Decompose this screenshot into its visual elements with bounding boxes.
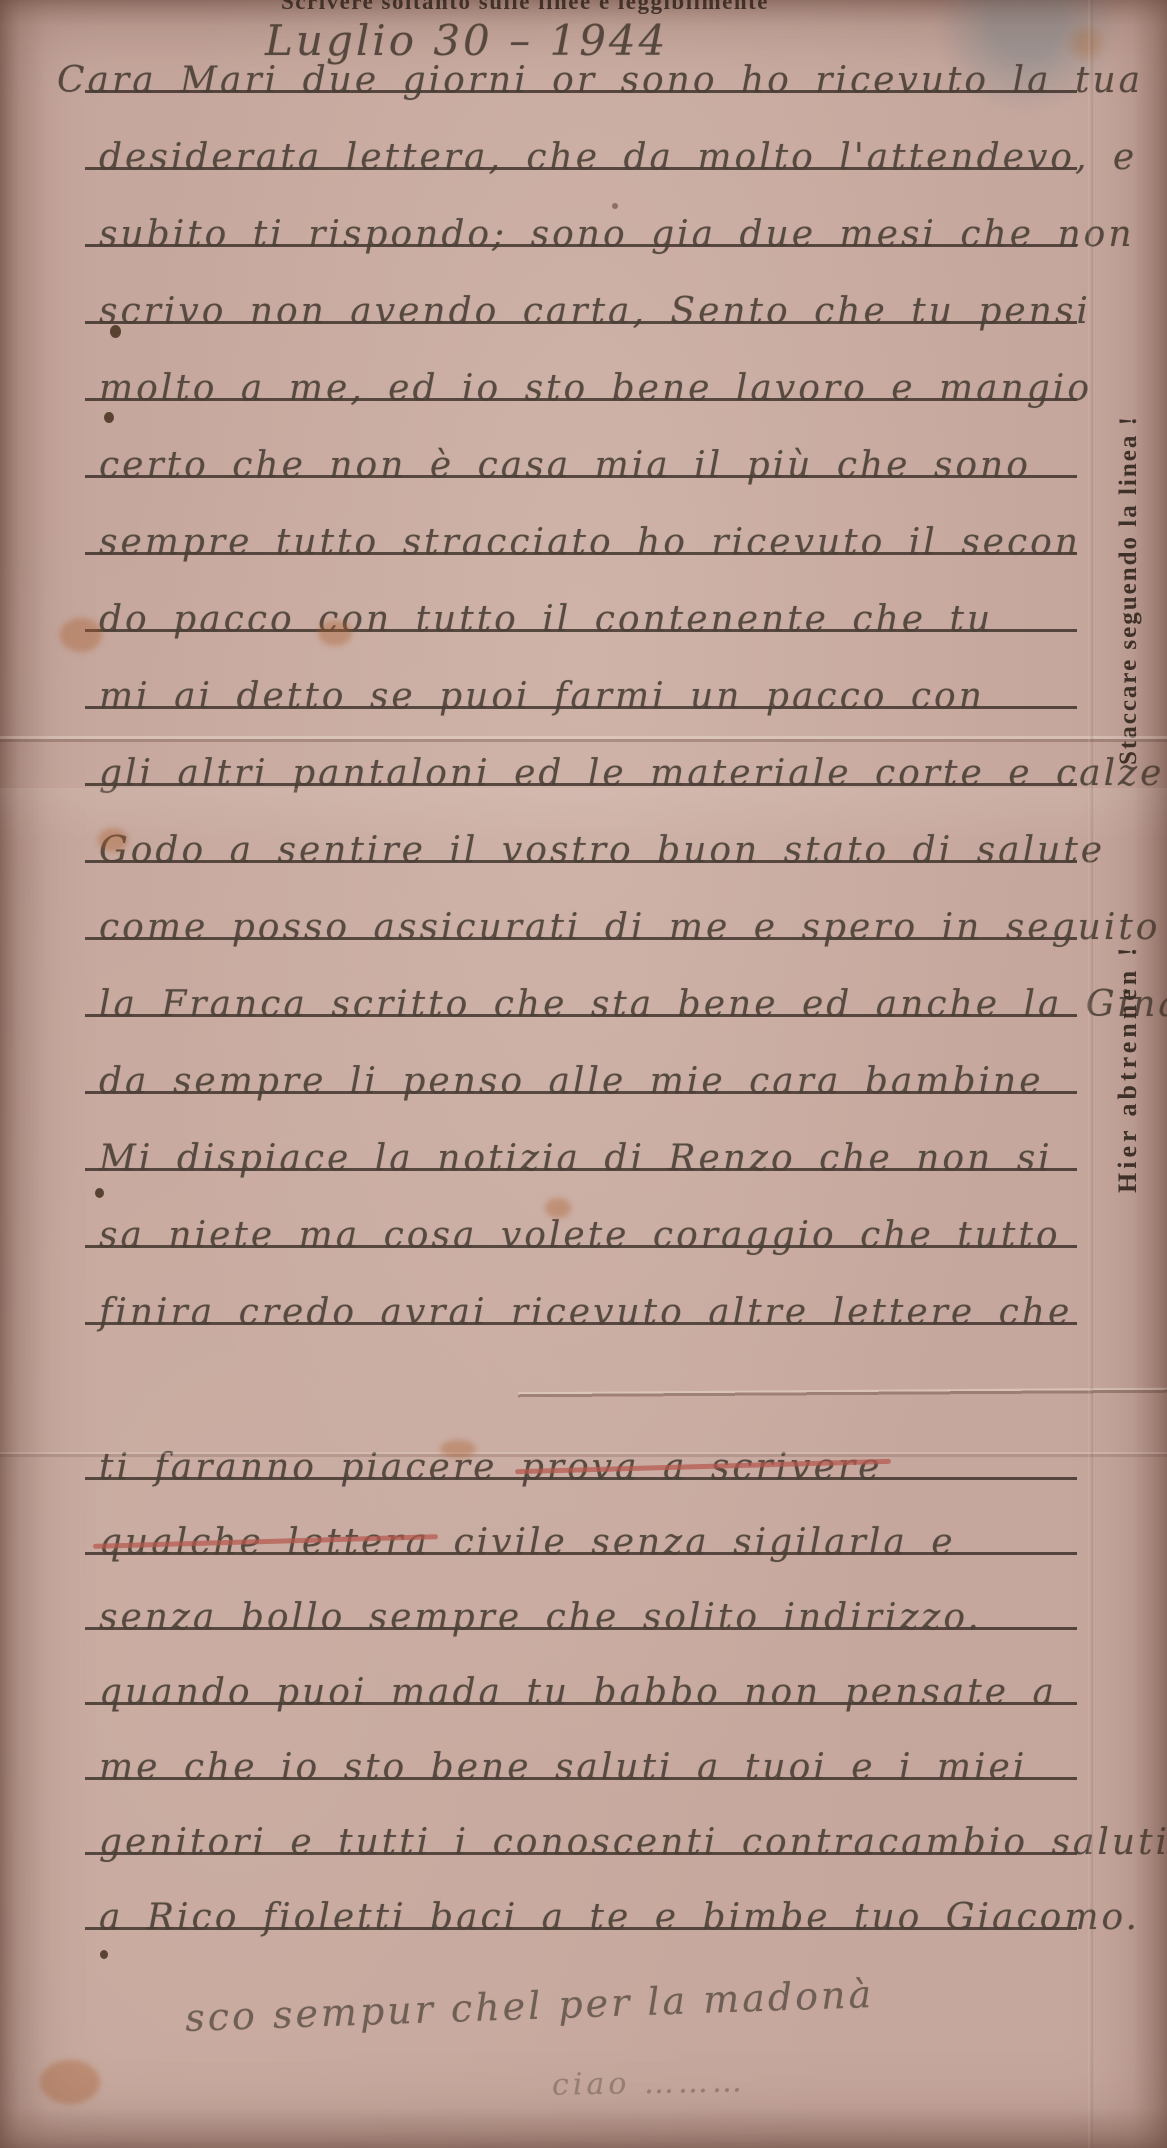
letter-line: molto a me, ed io sto bene lavoro e mang…	[85, 325, 1077, 401]
letter-line: ti faranno piacere prova a scrivere	[85, 1404, 1077, 1480]
letter-line: qualche lettera civile senza sigilarla e	[85, 1479, 1077, 1555]
letter-line: desiderata lettera, che da molto l'atten…	[85, 94, 1077, 170]
letter-line: mi ai detto se puoi farmi un pacco con	[85, 633, 1077, 709]
letter-line: sempre tutto stracciato ho ricevuto il s…	[85, 479, 1077, 555]
letter-line: Godo a sentire il vostro buon stato di s…	[85, 787, 1077, 863]
paper-stain	[545, 1198, 571, 1218]
letter-line: genitori e tutti i conoscenti contracamb…	[85, 1779, 1077, 1855]
paper-stain	[60, 618, 102, 652]
letter-line: senza bollo sempre che solito indirizzo.	[85, 1554, 1077, 1630]
postscript-line: sco sempur chel per la madonà	[184, 1972, 874, 2040]
letter-line: subito ti rispondo; sono gia due mesi ch…	[85, 171, 1077, 247]
letter-line: gli altri pantaloni ed le materiale cort…	[85, 710, 1077, 786]
faint-scribble: ciao ………	[552, 2064, 746, 2102]
margin-note-italian: Staccare seguendo la linea !	[1115, 285, 1143, 765]
paper-stain	[110, 325, 121, 338]
paper-stain	[95, 1188, 104, 1198]
letter-line: Cara Mari due giorni or sono ho ricevuto…	[85, 17, 1077, 93]
letter-line: do pacco con tutto il contenente che tu	[85, 556, 1077, 632]
paper-stain	[100, 1950, 108, 1959]
handwriting-text: finira credo avrai ricevuto altre letter…	[99, 1292, 1072, 1333]
letter-line: come posso assicurati di me e spero in s…	[85, 864, 1077, 940]
letter-line: certo che non è casa mia il più che sono	[85, 402, 1077, 478]
margin-note-german: Hier abtrennen !	[1113, 828, 1143, 1193]
handwriting-text: a Rico fioletti baci a te e bimbe tuo Gi…	[99, 1897, 1140, 1938]
paper-stain	[40, 2060, 100, 2104]
letter-line: finira credo avrai ricevuto altre letter…	[85, 1249, 1077, 1325]
printed-instruction: Scrivere soltanto sulle linee e leggibil…	[175, 0, 875, 15]
paper-stain	[98, 828, 128, 852]
letter-line: quando puoi mada tu babbo non pensate a	[85, 1629, 1077, 1705]
letter-line: sa niete ma cosa volete coraggio che tut…	[85, 1172, 1077, 1248]
letter-line: da sempre li penso alle mie cara bambine	[85, 1018, 1077, 1094]
paper-stain	[318, 620, 352, 646]
paper-stain	[104, 412, 114, 423]
letter-page: Scrivere soltanto sulle linee e leggibil…	[0, 0, 1167, 2148]
letter-line: Mi dispiace la notizia di Renzo che non …	[85, 1095, 1077, 1171]
fold-crease	[518, 1388, 1167, 1400]
letter-line: scrivo non avendo carta, Sento che tu pe…	[85, 248, 1077, 324]
paper-stain	[612, 203, 618, 209]
letter-line: la Franca scritto che sta bene ed anche …	[85, 941, 1077, 1017]
letter-line: me che io sto bene saluti a tuoi e i mie…	[85, 1704, 1077, 1780]
letter-line: a Rico fioletti baci a te e bimbe tuo Gi…	[85, 1854, 1077, 1930]
paper-stain	[440, 1440, 476, 1458]
